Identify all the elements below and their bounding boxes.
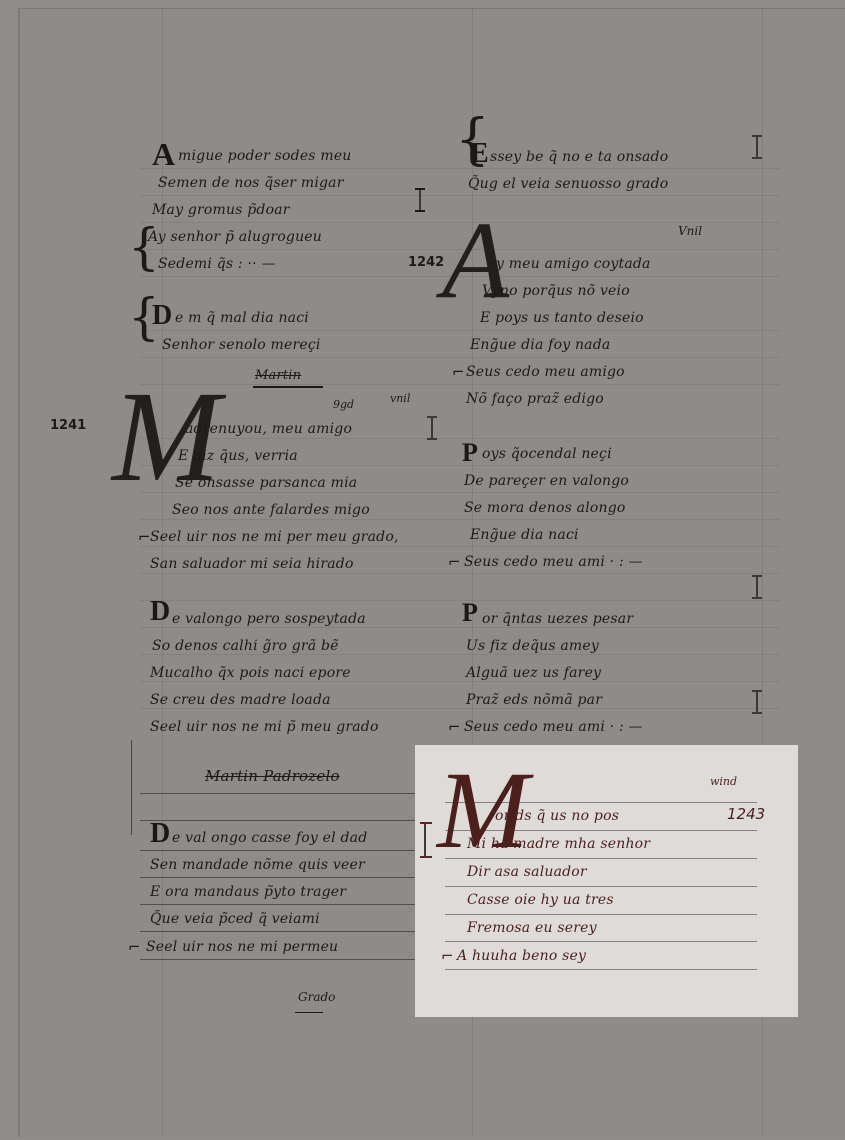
verse-line: Eng̃ue dia naci: [470, 527, 579, 543]
ruling: [140, 330, 780, 331]
verse-line: Us fiz deq̃us amey: [466, 638, 599, 654]
verse-line: Casse oie hy ua tres: [467, 892, 614, 908]
verse-line: E ora mandaus p̃yto trager: [150, 884, 346, 900]
ruling: [140, 384, 780, 385]
ruling: [140, 959, 415, 960]
slash-mark: [415, 188, 425, 212]
verse-line: e valongo pero sospeytada: [172, 611, 366, 627]
section-heading-martin-padrozelo: Martin Padrozelo: [205, 767, 340, 785]
paragraph-bar-mark: [420, 822, 432, 858]
bracket-line: [131, 740, 132, 835]
ruling: [140, 465, 780, 466]
ruling: [140, 877, 415, 878]
pilcrow-mark: ⌐: [441, 947, 454, 965]
verse-line: Q̃ue veia p̃ced q̃ veiami: [150, 911, 320, 927]
paragraph-bar-mark: [752, 135, 762, 159]
folio-number-1243: 1243: [727, 805, 765, 823]
verse-line: migue poder sodes meu: [178, 148, 352, 164]
ruling: [140, 438, 780, 439]
verse-line: Se onsasse parsanca mia: [175, 475, 357, 491]
annotation-wind: wind: [710, 775, 737, 788]
verse-line: Se creu des madre loada: [150, 692, 331, 708]
ruling: [140, 708, 780, 709]
folio-number-1242: 1242: [408, 255, 444, 270]
ruling: [140, 492, 780, 493]
heading-underline: [253, 386, 323, 388]
ruling: [140, 681, 780, 682]
pilcrow-mark: ⌐: [452, 363, 465, 381]
ruling: [140, 195, 780, 196]
verse-line: Fremosa eu serey: [467, 920, 597, 936]
verse-line: May gromus p̃doar: [152, 202, 290, 218]
ruling: [445, 914, 757, 915]
verse-line: Senhor senolo mereçi: [162, 337, 321, 353]
verse-line: e val ongo casse foy el dad: [172, 830, 367, 846]
initial-p: P: [462, 440, 478, 466]
verse-line: or q̃ntas uezes pesar: [482, 611, 633, 627]
verse-line: Se mora denos alongo: [464, 500, 626, 516]
verse-line: Alguã uez us farey: [466, 665, 601, 681]
ruling: [140, 931, 415, 932]
verse-line: oys q̃ocendal neçi: [482, 446, 612, 462]
verse-line: Q̃ug el veia senuosso grado: [468, 176, 668, 192]
initial-d: D: [150, 820, 170, 848]
verse-line: So denos calhi g̃ro grã bẽ: [152, 638, 339, 654]
annotation-vnil: vnil: [390, 392, 410, 405]
paragraph-bar-mark: [752, 575, 762, 599]
verse-line: Sedemi q̃s : ·· —: [158, 256, 276, 272]
verse-line: Seo nos ante falardes migo: [172, 502, 370, 518]
highlighted-region: wind 1243 M or ds q̃ us no pos Mi ha mad…: [415, 745, 798, 1017]
ruling: [140, 850, 415, 851]
paragraph-bar-mark: [427, 416, 437, 440]
paragraph-bar-mark: [752, 690, 762, 714]
brace-mark: {: [128, 222, 160, 272]
annotation-vnil: Vnil: [678, 224, 702, 238]
verse-line: e m q̃ mal dia naci: [175, 310, 309, 326]
verse-line: Mi ha madre mha senhor: [467, 836, 650, 852]
initial-e: E: [470, 140, 489, 168]
refrain-line: Nõ faço praz̃ edigo: [466, 391, 604, 407]
ruling: [140, 820, 415, 821]
pilcrow-mark: ⌐: [448, 553, 461, 571]
verse-line: adrenuyou, meu amigo: [185, 421, 352, 437]
verse-line: E poys us tanto deseio: [480, 310, 644, 326]
catchword-underline: [295, 1012, 323, 1013]
refrain-line: Seus cedo meu ami · : —: [464, 719, 643, 735]
ruling: [140, 600, 780, 601]
refrain-line: San saluador mi seia hirado: [150, 556, 354, 572]
ruling: [140, 793, 415, 794]
annotation-9gd: 9gd: [333, 398, 354, 411]
initial-p: P: [462, 600, 478, 626]
catchword: Grado: [298, 990, 335, 1004]
refrain-line: Seel uir nos ne mi per meu grado,: [150, 529, 399, 545]
verse-line: Sen mandade nõme quis veer: [150, 857, 365, 873]
refrain-line: Seel uir nos ne mi permeu: [146, 939, 338, 955]
ruling: [140, 573, 780, 574]
verse-line: Praz̃ eds nõmã par: [466, 692, 602, 708]
refrain-line: Seus cedo meu ami · : —: [464, 554, 643, 570]
ruling: [140, 904, 415, 905]
verse-line: or ds q̃ us no pos: [495, 808, 619, 824]
ruling: [140, 357, 780, 358]
verse-line: Semen de nos q̃ser migar: [158, 175, 344, 191]
ruling: [445, 969, 757, 970]
verse-line: De pareçer en valongo: [464, 473, 629, 489]
refrain-line: A huuha beno sey: [457, 948, 586, 964]
initial-d: D: [150, 598, 170, 626]
ruling: [140, 654, 780, 655]
ruling: [445, 886, 757, 887]
verse-line: Mucalho q̃x pois naci epore: [150, 665, 351, 681]
pilcrow-mark: ⌐: [128, 938, 141, 956]
ruling: [445, 941, 757, 942]
pilcrow-mark: ⌐: [448, 718, 461, 736]
section-heading-martin: Martin: [255, 368, 301, 383]
ruling: [140, 519, 780, 520]
pilcrow-mark: ⌐: [138, 528, 151, 546]
ruling: [140, 546, 780, 547]
verse-line: Eng̃ue dia foy nada: [470, 337, 610, 353]
verse-line: Vyno porq̃us nõ veio: [482, 283, 630, 299]
ruling: [140, 627, 780, 628]
verse-line: Ay senhor p̃ alugrogueu: [148, 229, 322, 245]
brace-mark: {: [128, 292, 160, 342]
refrain-line: Seus cedo meu amigo: [466, 364, 625, 380]
initial-a: A: [152, 138, 175, 170]
verse-line: ssey be q̃ no e ta onsado: [490, 149, 668, 165]
verse-line: Seel uir nos ne mi p̃ meu grado: [150, 719, 379, 735]
verse-line: Dir asa saluador: [467, 864, 587, 880]
verse-line: y meu amigo coytada: [496, 256, 651, 272]
verse-line: E diz q̃us, verria: [178, 448, 298, 464]
folio-number-1241: 1241: [50, 418, 86, 433]
